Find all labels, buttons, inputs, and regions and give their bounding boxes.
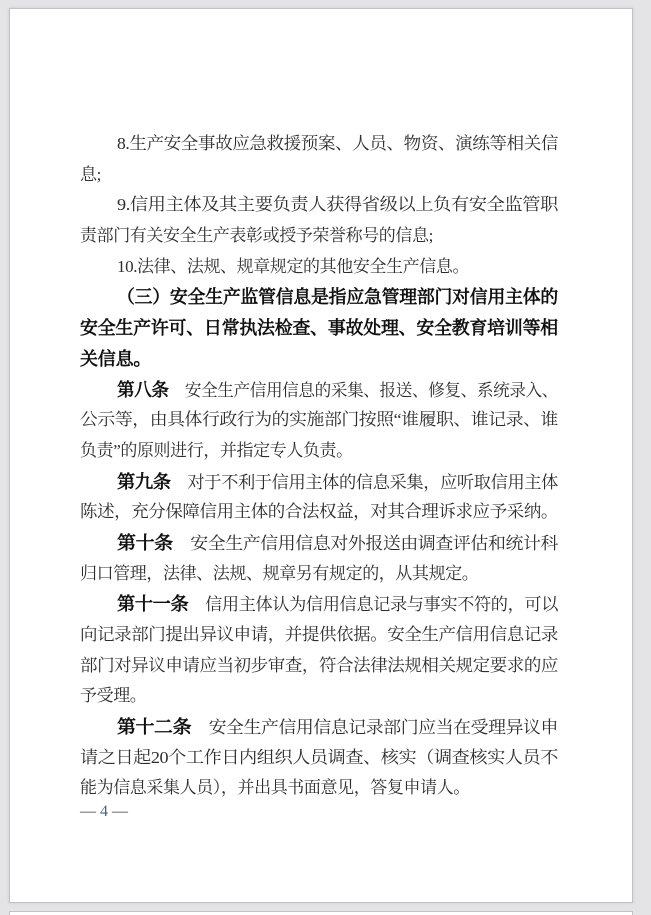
text-line: 第十一条 信用主体认为信用信息记录与事实不符的，可以 [80,589,558,620]
text-line: （三）安全生产监管信息是指应急管理部门对信用主体的 [80,282,558,313]
text-line: 8.生产安全事故应急救援预案、人员、物资、演练等相关信 [80,129,558,160]
text-line: 请之日起20个工作日内组织人员调查、核实（调查核实人员不 [80,743,558,774]
article-number-label: 第十条 [117,533,173,553]
text-segment: 部门对异议申请应当初步审查，符合法律法规相关规定要求的应 [80,656,558,675]
text-segment: 安全生产许可、日常执法检查、事故处理、安全教育培训等相 [80,318,558,338]
text-segment: 9.信用主体及其主要负责人获得省级以上负有安全监管职 [117,195,558,214]
text-segment: 息; [80,165,101,184]
text-line: 归口管理，法律、法规、规章另有规定的，从其规定。 [80,559,558,590]
text-line: 9.信用主体及其主要负责人获得省级以上负有安全监管职 [80,190,558,221]
document-viewer-background: 8.生产安全事故应急救援预案、人员、物资、演练等相关信息;9.信用主体及其主要负… [0,0,651,915]
text-segment: 公示等，由具体行政行为的实施部门按照“谁履职、谁记录、谁 [80,410,558,429]
document-page: 8.生产安全事故应急救援预案、人员、物资、演练等相关信息;9.信用主体及其主要负… [9,8,633,903]
text-segment: 负责”的原则进行，并指定专人负责。 [80,441,353,460]
text-segment: 予受理。 [80,686,146,705]
text-segment: 对于不利于信用主体的信息采集，应听取信用主体 [171,473,558,492]
text-line: 第八条 安全生产信用信息的采集、报送、修复、系统录入、 [80,375,558,406]
text-line: 第十条 安全生产信用信息对外报送由调查评估和统计科 [80,528,558,559]
text-line: 息; [80,160,558,191]
text-line: 关信息。 [80,344,558,375]
text-line: 负责”的原则进行，并指定专人负责。 [80,436,558,467]
article-number-label: 第八条 [117,380,169,400]
text-segment: 10.法律、法规、规章规定的其他安全生产信息。 [117,257,469,276]
text-line: 责部门有关安全生产表彰或授予荣誉称号的信息; [80,221,558,252]
text-segment: 能为信息采集人员），并出具书面意见，答复申请人。 [80,778,470,797]
text-line: 第十二条 安全生产信用信息记录部门应当在受理异议申 [80,712,558,743]
text-segment: 关信息。 [80,349,151,369]
page-number-dash-right: — [112,803,129,820]
text-line: 予受理。 [80,681,558,712]
text-segment: 陈述，充分保障信用主体的合法权益，对其合理诉求应予采纳。 [80,502,558,521]
text-segment: 安全生产信用信息对外报送由调查评估和统计科 [173,534,558,553]
text-segment: 归口管理，法律、法规、规章另有规定的，从其规定。 [80,564,478,583]
text-segment: 责部门有关安全生产表彰或授予荣誉称号的信息; [80,226,433,245]
page-number-dash-left: — [80,803,97,820]
text-line: 陈述，充分保障信用主体的合法权益，对其合理诉求应予采纳。 [80,497,558,528]
text-line: 第九条 对于不利于信用主体的信息采集，应听取信用主体 [80,467,558,498]
text-line: 部门对异议申请应当初步审查，符合法律法规相关规定要求的应 [80,651,558,682]
article-number-label: 第十一条 [117,594,188,614]
text-line: 向记录部门提出异议申请，并提供依据。安全生产信用信息记录 [80,620,558,651]
text-segment: 8.生产安全事故应急救援预案、人员、物资、演练等相关信 [117,134,558,153]
page-number-value: 4 [100,803,109,820]
text-line: 能为信息采集人员），并出具书面意见，答复申请人。 [80,773,558,804]
article-number-label: 第九条 [117,472,171,492]
text-line: 安全生产许可、日常执法检查、事故处理、安全教育培训等相 [80,313,558,344]
text-segment: 安全生产信用信息记录部门应当在受理异议申 [191,718,558,737]
page-number: —4— [80,803,129,821]
article-number-label: 第十二条 [117,717,191,737]
text-segment: （三）安全生产监管信息是指应急管理部门对信用主体的 [117,287,558,307]
text-segment: 安全生产信用信息的采集、报送、修复、系统录入、 [169,381,558,400]
text-segment: 请之日起20个工作日内组织人员调查、核实（调查核实人员不 [80,748,558,767]
text-segment: 向记录部门提出异议申请，并提供依据。安全生产信用信息记录 [80,625,558,644]
text-segment: 信用主体认为信用信息记录与事实不符的，可以 [188,595,558,614]
text-line: 10.法律、法规、规章规定的其他安全生产信息。 [80,252,558,283]
text-line: 公示等，由具体行政行为的实施部门按照“谁履职、谁记录、谁 [80,405,558,436]
document-body: 8.生产安全事故应急救援预案、人员、物资、演练等相关信息;9.信用主体及其主要负… [80,129,558,804]
next-page-edge [9,911,633,915]
